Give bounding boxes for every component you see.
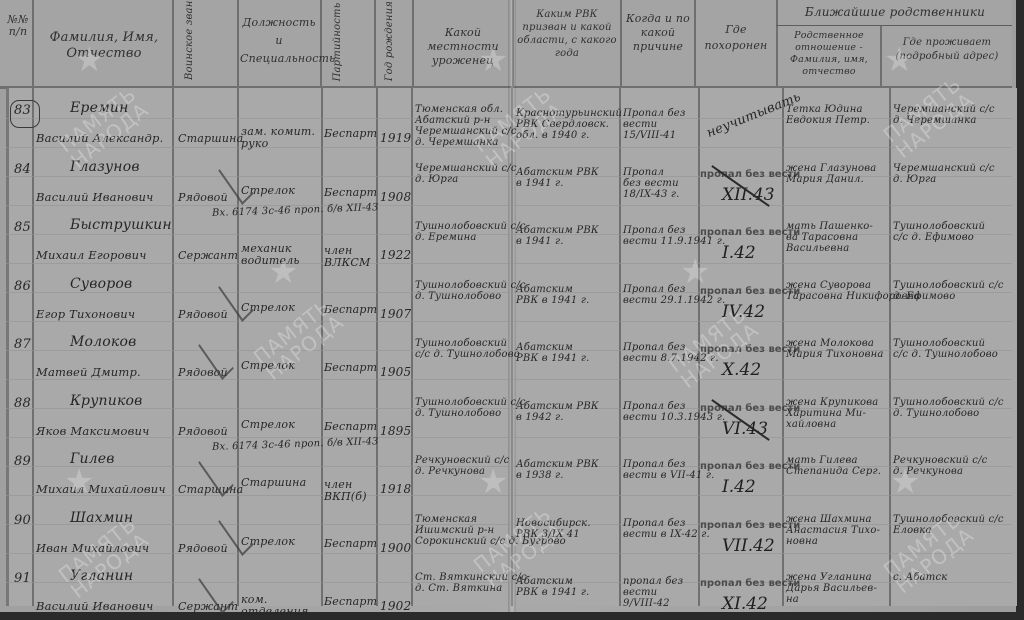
- row-number: 90: [14, 514, 31, 527]
- party: Беспарт: [324, 596, 376, 608]
- header-position: Должность и Специальность: [240, 14, 318, 68]
- surname: Быструшкин: [70, 219, 172, 232]
- birth-year: 1905: [380, 366, 411, 379]
- divider: [172, 0, 174, 86]
- row-number: 85: [14, 221, 31, 234]
- draft-office: Абатским РВК в 1938 г.: [516, 459, 599, 481]
- divider: [32, 0, 34, 86]
- divider: [237, 0, 239, 86]
- divider: [619, 88, 621, 606]
- relative-name: Тетка Юдина Евдокия Петр.: [786, 104, 870, 126]
- rank: Рядовой: [178, 191, 228, 204]
- relative-name: жена Молокова Мария Тихоновна: [786, 338, 884, 360]
- position: Старшина: [241, 477, 321, 489]
- relative-name: жена Глазунова Мария Данил.: [786, 163, 876, 185]
- missing-date: пропал без вести 9/VIII-42: [623, 576, 683, 609]
- ruled-line: [6, 379, 1012, 380]
- position: ком. отделения: [241, 594, 321, 618]
- party: Беспарт: [324, 538, 376, 550]
- header-num: №№ п/п: [6, 14, 30, 38]
- watermark-star-icon: ★: [478, 40, 508, 80]
- missing-roman-date: XII.43: [722, 185, 775, 205]
- birth-year: 1919: [380, 132, 411, 145]
- relative-address: Тушнолобовский с/с д. Ефимово: [893, 280, 1004, 302]
- relative-address: Тушнолобовский с/с д. Тушнолобово: [893, 397, 1004, 419]
- row-number: 89: [14, 455, 31, 468]
- relative-name: жена Угланина Дарья Васильев- на: [786, 572, 877, 605]
- rank: Рядовой: [178, 425, 228, 438]
- birthplace: Тушнолобовский с/с д. Тушнолобово: [415, 338, 520, 360]
- missing-roman-date: VII.42: [722, 536, 775, 556]
- row-number: 86: [14, 280, 31, 293]
- surname: Молоков: [70, 336, 136, 349]
- party: член ВЛКСМ: [324, 245, 376, 269]
- draft-office: Абатским РВК в 1941 г.: [516, 576, 589, 598]
- divider: [412, 0, 414, 86]
- missing-date: Пропал без вести 18/IX-43 г.: [623, 167, 680, 200]
- birthplace: Тушнолобовский с/с д. Тушнолобово: [415, 280, 526, 302]
- divider: [776, 25, 1012, 26]
- given-name: Яков Максимович: [36, 425, 150, 438]
- party: Беспарт: [324, 421, 376, 433]
- birth-year: 1922: [380, 249, 411, 262]
- header-party: Партийность: [332, 2, 344, 82]
- watermark-star-icon: ★: [64, 462, 94, 502]
- divider: [880, 26, 882, 86]
- relative-address: Тушнолобовский с/с д. Тушнолобово: [893, 338, 998, 360]
- ruled-line: [6, 321, 1012, 322]
- divider: [411, 88, 413, 606]
- birth-year: 1902: [380, 600, 411, 613]
- surname: Крупиков: [70, 395, 143, 408]
- divider: [32, 88, 34, 606]
- watermark-star-icon: ★: [268, 252, 298, 292]
- rank: Рядовой: [178, 542, 228, 555]
- birthplace: Тушнолобовский с/с д. Тушнолобово: [415, 397, 526, 419]
- relative-address: Тушнолобовский с/с д. Ефимово: [893, 221, 985, 243]
- party: член ВКП(б): [324, 479, 376, 503]
- given-name: Михаил Михайлович: [36, 483, 166, 496]
- header-relative-name: Родственное отношение - Фамилия, имя, от…: [779, 30, 879, 78]
- row-number: 84: [14, 163, 31, 176]
- birth-year: 1895: [380, 425, 411, 438]
- surname: Суворов: [70, 278, 132, 291]
- ruled-line: [6, 263, 1012, 264]
- missing-date: Пропал без вести 15/VIII-41: [623, 108, 686, 141]
- watermark-star-icon: ★: [74, 40, 104, 80]
- divider: [172, 88, 174, 606]
- watermark-star-icon: ★: [680, 252, 710, 292]
- draft-office: Абатским РВК в 1941 г.: [516, 225, 599, 247]
- draft-office: Абатским РВК в 1942 г.: [516, 401, 599, 423]
- watermark-star-icon: ★: [884, 40, 914, 80]
- position: зам. комит. руко: [241, 126, 321, 150]
- draft-office: Абатским РВК в 1941 г.: [516, 342, 589, 364]
- given-name: Михаил Егорович: [36, 249, 147, 262]
- birth-year: 1907: [380, 308, 411, 321]
- given-name: Матвей Дмитр.: [36, 366, 141, 379]
- missing-roman-date: I.42: [722, 243, 756, 263]
- divider: [374, 0, 376, 86]
- birth-year: 1918: [380, 483, 411, 496]
- row-number: 87: [14, 338, 31, 351]
- missing-roman-date: I.42: [722, 477, 756, 497]
- watermark-star-icon: ★: [890, 462, 920, 502]
- header-buried: Где похоронен: [700, 22, 772, 54]
- header-relatives: Ближайшие родственники: [782, 6, 1008, 18]
- number-circle: [10, 100, 40, 128]
- birthplace: Тушнолобовский с/с д. Еремина: [415, 221, 526, 243]
- draft-office: Абатским РВК в 1941 г.: [516, 167, 599, 189]
- header-rank: Воинское звание: [184, 10, 196, 80]
- relative-name: мать Гилева Степанида Серг.: [786, 455, 881, 477]
- draft-office: Абатским РВК в 1941 г.: [516, 284, 589, 306]
- header-rvk: Каким РВК призван и какой области, с как…: [516, 8, 618, 60]
- party: Беспарт: [324, 187, 376, 199]
- party: Беспарт: [324, 128, 376, 140]
- divider: [776, 0, 778, 86]
- divider: [376, 88, 378, 606]
- position: Стрелок: [241, 419, 321, 431]
- row-number: 91: [14, 572, 31, 585]
- rank: Сержант: [178, 249, 238, 262]
- position: Стрелок: [241, 185, 321, 197]
- divider: [320, 0, 322, 86]
- relative-name: жена Крупикова Харитина Ми- хайловна: [786, 397, 878, 430]
- missing-roman-date: XI.42: [722, 594, 768, 614]
- divider: [694, 0, 696, 86]
- divider: [889, 88, 891, 606]
- birth-year: 1908: [380, 191, 411, 204]
- relative-name: жена Шахмина Анастасия Тихо- новна: [786, 514, 880, 547]
- header-when: Когда и по какой причине: [624, 12, 692, 54]
- missing-date: Пропал без вести в IX-42 г.: [623, 518, 710, 540]
- row-number: 88: [14, 397, 31, 410]
- given-name: Егор Тихонович: [36, 308, 135, 321]
- relative-address: Черемшанский с/с д. Юрга: [893, 163, 995, 185]
- birth-year: 1900: [380, 542, 411, 555]
- register-page: №№ п/п Фамилия, Имя, Отчество Воинское з…: [0, 0, 1016, 612]
- rank: Старшина: [178, 132, 243, 145]
- ruled-line: [6, 437, 1012, 438]
- header-birth-year: Год рождения: [384, 0, 396, 82]
- ruled-line: [6, 205, 1012, 206]
- watermark-star-icon: ★: [478, 462, 508, 502]
- given-name: Василий Иванович: [36, 191, 153, 204]
- relative-name: мать Пашенко- ва Тарасовна Васильевна: [786, 221, 873, 254]
- given-name: Василий Иванович: [36, 600, 153, 613]
- divider: [620, 0, 622, 86]
- position: Стрелок: [241, 536, 321, 548]
- party: Беспарт: [324, 362, 376, 374]
- rank: Рядовой: [178, 308, 228, 321]
